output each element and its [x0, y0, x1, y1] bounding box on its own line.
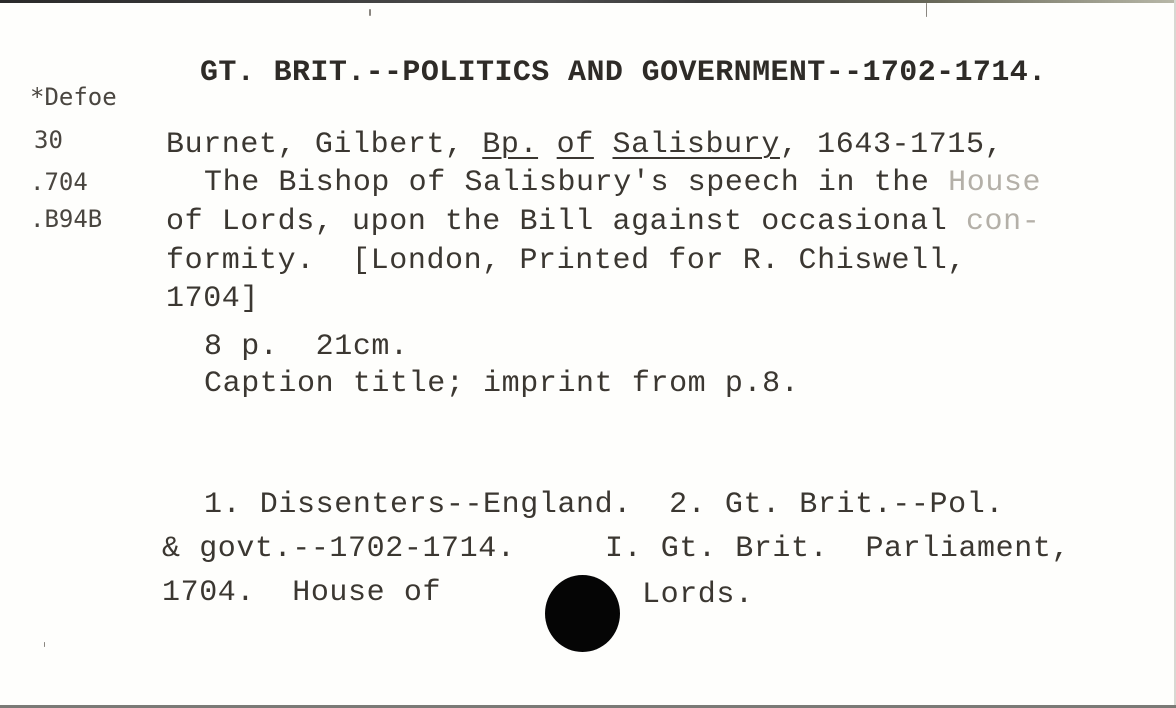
call-number-line-1: *Defoe — [30, 85, 117, 109]
call-number-line-3: .704 — [30, 170, 88, 194]
title-line-3: formity. [London, Printed for R. Chiswel… — [166, 246, 966, 276]
collation: 8 p. 21cm. — [204, 332, 409, 362]
title-text-faded: con- — [966, 205, 1040, 239]
punch-hole — [545, 575, 620, 652]
speck-mark — [44, 642, 45, 647]
tracing-line-3a: 1704. House of — [162, 578, 441, 608]
tracing-line-2b: I. Gt. Brit. Parliament, — [605, 534, 1070, 564]
catalog-card: *Defoe 30 .704 .B94B GT. BRIT.--POLITICS… — [0, 0, 1176, 708]
author-title: Bp. — [482, 128, 538, 162]
title-text: of Lords, upon the Bill against occasion… — [166, 205, 966, 239]
tracing-line-2a: & govt.--1702-1714. — [162, 534, 515, 564]
title-line-1: The Bishop of Salisbury's speech in the … — [204, 168, 1041, 198]
tracing-line-1: 1. Dissenters--England. 2. Gt. Brit.--Po… — [204, 490, 1004, 520]
title-line-4: 1704] — [166, 284, 259, 314]
author-dates: , 1643-1715, — [780, 128, 1003, 162]
spacer — [594, 128, 613, 162]
title-text-faded: House — [948, 166, 1041, 200]
speck-mark — [369, 9, 371, 16]
tracing-line-3b: Lords. — [642, 580, 754, 610]
author-see: Salisbury — [613, 128, 780, 162]
note: Caption title; imprint from p.8. — [204, 369, 799, 399]
subject-heading: GT. BRIT.--POLITICS AND GOVERNMENT--1702… — [200, 58, 1047, 88]
author-name: Burnet, Gilbert, — [166, 128, 482, 162]
author-of: of — [557, 128, 594, 162]
call-number-line-4: .B94B — [30, 207, 102, 231]
speck-mark — [926, 3, 927, 17]
title-text: The Bishop of Salisbury's speech in the — [204, 166, 948, 200]
card-top-edge — [0, 0, 1176, 3]
title-line-2: of Lords, upon the Bill against occasion… — [166, 207, 1040, 237]
call-number-line-2: 30 — [34, 128, 63, 152]
spacer — [538, 128, 557, 162]
main-entry: Burnet, Gilbert, Bp. of Salisbury, 1643-… — [166, 130, 1003, 160]
